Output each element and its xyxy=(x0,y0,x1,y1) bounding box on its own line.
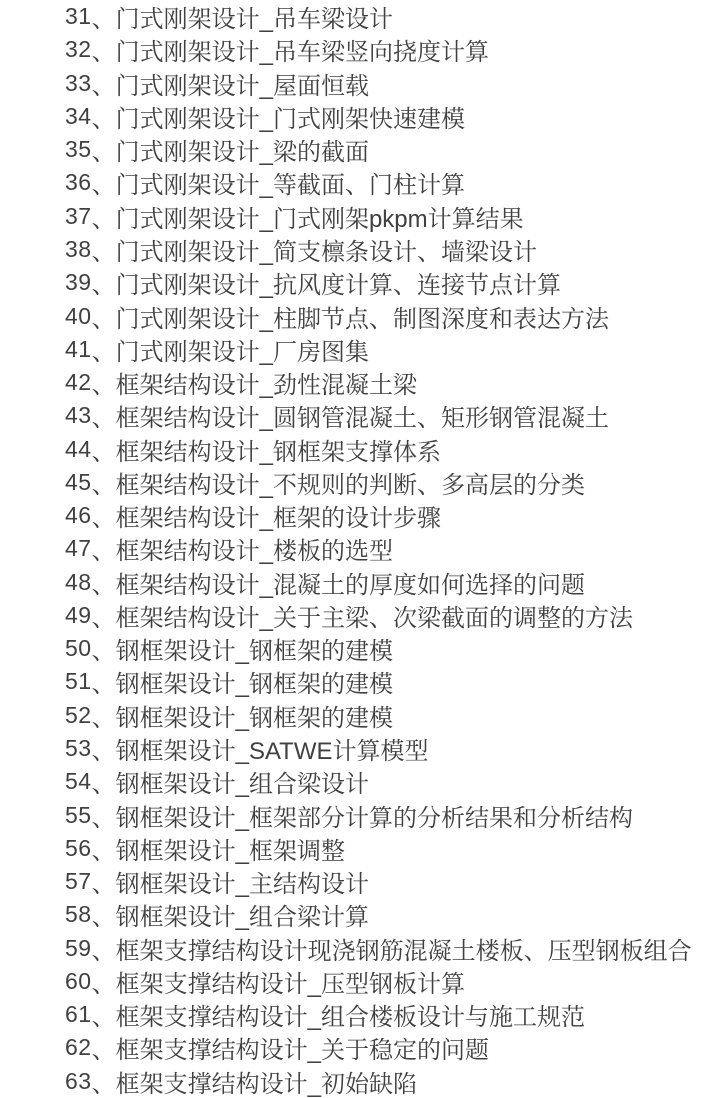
item-number: 34 xyxy=(65,103,92,130)
item-separator: 、 xyxy=(92,0,116,33)
list-item: 38、门式刚架设计_简支檩条设计、墙梁设计 xyxy=(65,233,720,266)
item-number: 56 xyxy=(65,835,92,862)
item-title: 钢框架设计_钢框架的建模 xyxy=(116,632,393,665)
item-title: 门式刚架设计_屋面恒载 xyxy=(116,67,369,100)
item-title: 门式刚架设计_厂房图集 xyxy=(116,333,369,366)
list-item: 50、钢框架设计_钢框架的建模 xyxy=(65,632,720,665)
item-number: 57 xyxy=(65,868,92,895)
item-separator: 、 xyxy=(92,832,116,865)
list-item: 63、框架支撑结构设计_初始缺陷 xyxy=(65,1065,720,1098)
item-title: 框架支撑结构设计现浇钢筋混凝土楼板、压型钢板组合 xyxy=(116,931,692,964)
item-separator: 、 xyxy=(92,632,116,665)
item-separator: 、 xyxy=(92,33,116,66)
item-title: 框架结构设计_框架的设计步骤 xyxy=(116,499,441,532)
item-separator: 、 xyxy=(92,699,116,732)
item-separator: 、 xyxy=(92,333,116,366)
item-number: 33 xyxy=(65,70,92,97)
list-item: 48、框架结构设计_混凝土的厚度如何选择的问题 xyxy=(65,566,720,599)
item-title: 钢框架设计_钢框架的建模 xyxy=(116,665,393,698)
item-separator: 、 xyxy=(92,931,116,964)
item-title: 门式刚架设计_等截面、门柱计算 xyxy=(116,166,465,199)
list-item: 35、门式刚架设计_梁的截面 xyxy=(65,133,720,166)
item-title: 钢框架设计_钢框架的建模 xyxy=(116,699,393,732)
item-separator: 、 xyxy=(92,998,116,1031)
list-item: 54、钢框架设计_组合梁设计 xyxy=(65,765,720,798)
item-title: 钢框架设计_框架部分计算的分析结果和分析结构 xyxy=(116,798,633,831)
item-number: 45 xyxy=(65,469,92,496)
lesson-list: 31、门式刚架设计_吊车梁设计 32、门式刚架设计_吊车梁竖向挠度计算 33、门… xyxy=(0,0,720,1098)
item-separator: 、 xyxy=(92,898,116,931)
item-number: 61 xyxy=(65,1001,92,1028)
item-title: 门式刚架设计_门式刚架快速建模 xyxy=(116,100,465,133)
list-item: 55、钢框架设计_框架部分计算的分析结果和分析结构 xyxy=(65,798,720,831)
item-separator: 、 xyxy=(92,200,116,233)
list-item: 56、钢框架设计_框架调整 xyxy=(65,832,720,865)
item-separator: 、 xyxy=(92,499,116,532)
list-item: 37、门式刚架设计_门式刚架pkpm计算结果 xyxy=(65,200,720,233)
item-separator: 、 xyxy=(92,432,116,465)
item-number: 55 xyxy=(65,802,92,829)
list-item: 45、框架结构设计_不规则的判断、多高层的分类 xyxy=(65,466,720,499)
item-title: 门式刚架设计_吊车梁设计 xyxy=(116,0,393,33)
item-title: 门式刚架设计_吊车梁竖向挠度计算 xyxy=(116,33,489,66)
item-title: 框架结构设计_钢框架支撑体系 xyxy=(116,432,441,465)
item-separator: 、 xyxy=(92,665,116,698)
item-title: 门式刚架设计_柱脚节点、制图深度和表达方法 xyxy=(116,299,609,332)
item-title: 框架支撑结构设计_组合楼板设计与施工规范 xyxy=(116,998,585,1031)
item-title: 框架结构设计_关于主梁、次梁截面的调整的方法 xyxy=(116,599,633,632)
item-title: 钢框架设计_组合梁设计 xyxy=(116,765,369,798)
item-title: 框架结构设计_不规则的判断、多高层的分类 xyxy=(116,466,585,499)
item-title: 框架支撑结构设计_初始缺陷 xyxy=(116,1065,417,1098)
list-item: 58、钢框架设计_组合梁计算 xyxy=(65,898,720,931)
list-item: 42、框架结构设计_劲性混凝土梁 xyxy=(65,366,720,399)
item-separator: 、 xyxy=(92,1031,116,1064)
list-item: 41、门式刚架设计_厂房图集 xyxy=(65,333,720,366)
item-separator: 、 xyxy=(92,67,116,100)
item-title: 框架结构设计_楼板的选型 xyxy=(116,532,393,565)
item-title: 框架支撑结构设计_关于稳定的问题 xyxy=(116,1031,489,1064)
item-title: 门式刚架设计_梁的截面 xyxy=(116,133,369,166)
item-number: 53 xyxy=(65,735,92,762)
item-separator: 、 xyxy=(92,732,116,765)
item-number: 42 xyxy=(65,369,92,396)
item-title: 钢框架设计_组合梁计算 xyxy=(116,898,369,931)
item-separator: 、 xyxy=(92,1065,116,1098)
list-item: 57、钢框架设计_主结构设计 xyxy=(65,865,720,898)
list-item: 62、框架支撑结构设计_关于稳定的问题 xyxy=(65,1031,720,1064)
item-separator: 、 xyxy=(92,798,116,831)
item-separator: 、 xyxy=(92,865,116,898)
item-separator: 、 xyxy=(92,965,116,998)
item-separator: 、 xyxy=(92,233,116,266)
list-item: 53、钢框架设计_SATWE计算模型 xyxy=(65,732,720,765)
item-number: 39 xyxy=(65,269,92,296)
item-title: 钢框架设计_SATWE计算模型 xyxy=(116,732,429,765)
item-title: 门式刚架设计_抗风度计算、连接节点计算 xyxy=(116,266,561,299)
item-separator: 、 xyxy=(92,100,116,133)
list-item: 49、框架结构设计_关于主梁、次梁截面的调整的方法 xyxy=(65,599,720,632)
list-item: 36、门式刚架设计_等截面、门柱计算 xyxy=(65,166,720,199)
item-title: 门式刚架设计_简支檩条设计、墙梁设计 xyxy=(116,233,537,266)
list-item: 39、门式刚架设计_抗风度计算、连接节点计算 xyxy=(65,266,720,299)
item-number: 31 xyxy=(65,3,92,30)
item-separator: 、 xyxy=(92,532,116,565)
list-item: 32、门式刚架设计_吊车梁竖向挠度计算 xyxy=(65,33,720,66)
item-separator: 、 xyxy=(92,133,116,166)
item-number: 60 xyxy=(65,968,92,995)
item-separator: 、 xyxy=(92,166,116,199)
item-title: 钢框架设计_主结构设计 xyxy=(116,865,369,898)
list-item: 40、门式刚架设计_柱脚节点、制图深度和表达方法 xyxy=(65,299,720,332)
item-separator: 、 xyxy=(92,566,116,599)
list-item: 59、框架支撑结构设计现浇钢筋混凝土楼板、压型钢板组合 xyxy=(65,931,720,964)
list-item: 31、门式刚架设计_吊车梁设计 xyxy=(65,0,720,33)
item-number: 63 xyxy=(65,1068,92,1095)
list-item: 52、钢框架设计_钢框架的建模 xyxy=(65,699,720,732)
item-number: 38 xyxy=(65,236,92,263)
item-number: 52 xyxy=(65,702,92,729)
item-title: 框架支撑结构设计_压型钢板计算 xyxy=(116,965,465,998)
item-separator: 、 xyxy=(92,299,116,332)
item-title: 框架结构设计_混凝土的厚度如何选择的问题 xyxy=(116,566,585,599)
list-item: 61、框架支撑结构设计_组合楼板设计与施工规范 xyxy=(65,998,720,1031)
item-number: 41 xyxy=(65,336,92,363)
item-separator: 、 xyxy=(92,366,116,399)
item-separator: 、 xyxy=(92,599,116,632)
item-number: 59 xyxy=(65,935,92,962)
item-number: 49 xyxy=(65,602,92,629)
item-number: 44 xyxy=(65,436,92,463)
item-number: 46 xyxy=(65,502,92,529)
list-item: 46、框架结构设计_框架的设计步骤 xyxy=(65,499,720,532)
item-title: 门式刚架设计_门式刚架pkpm计算结果 xyxy=(116,200,524,233)
list-item: 60、框架支撑结构设计_压型钢板计算 xyxy=(65,965,720,998)
list-item: 44、框架结构设计_钢框架支撑体系 xyxy=(65,432,720,465)
item-separator: 、 xyxy=(92,266,116,299)
list-item: 34、门式刚架设计_门式刚架快速建模 xyxy=(65,100,720,133)
list-item: 43、框架结构设计_圆钢管混凝土、矩形钢管混凝土 xyxy=(65,399,720,432)
item-number: 43 xyxy=(65,402,92,429)
item-number: 58 xyxy=(65,901,92,928)
item-number: 35 xyxy=(65,136,92,163)
item-number: 47 xyxy=(65,535,92,562)
item-title: 框架结构设计_劲性混凝土梁 xyxy=(116,366,417,399)
item-number: 62 xyxy=(65,1034,92,1061)
item-number: 37 xyxy=(65,203,92,230)
item-title: 框架结构设计_圆钢管混凝土、矩形钢管混凝土 xyxy=(116,399,609,432)
item-number: 48 xyxy=(65,569,92,596)
item-title: 钢框架设计_框架调整 xyxy=(116,832,345,865)
list-item: 51、钢框架设计_钢框架的建模 xyxy=(65,665,720,698)
item-number: 54 xyxy=(65,768,92,795)
list-item: 33、门式刚架设计_屋面恒载 xyxy=(65,67,720,100)
item-number: 50 xyxy=(65,635,92,662)
item-number: 36 xyxy=(65,169,92,196)
item-separator: 、 xyxy=(92,399,116,432)
list-item: 47、框架结构设计_楼板的选型 xyxy=(65,532,720,565)
item-number: 51 xyxy=(65,668,92,695)
item-separator: 、 xyxy=(92,466,116,499)
item-number: 40 xyxy=(65,303,92,330)
item-separator: 、 xyxy=(92,765,116,798)
item-number: 32 xyxy=(65,36,92,63)
